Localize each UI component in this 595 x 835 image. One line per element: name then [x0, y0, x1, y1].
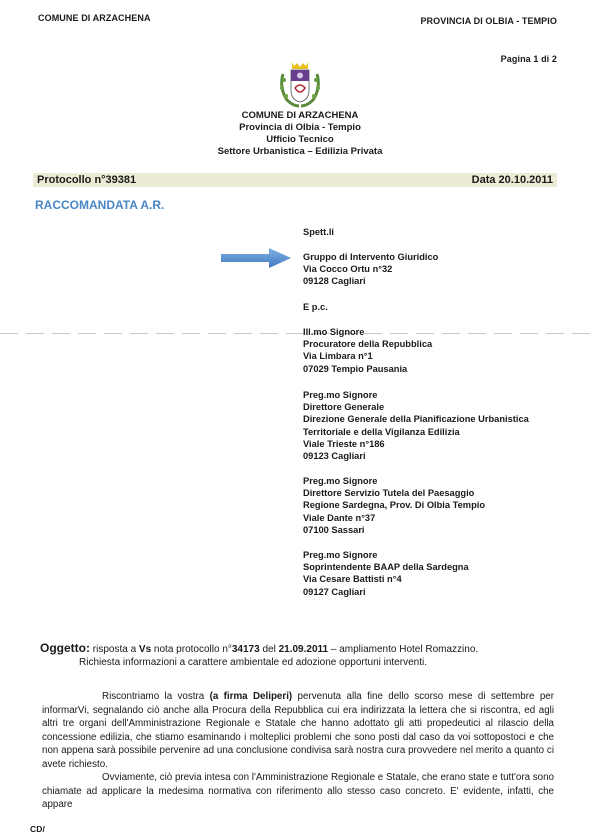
address-line: 09127 Cagliari: [303, 586, 469, 598]
address-line: Via Cesare Battisti n°4: [303, 573, 469, 585]
address-line: Direttore Generale: [303, 401, 529, 413]
address-line: 09123 Cagliari: [303, 450, 529, 462]
address-line: Direzione Generale della Pianificazione …: [303, 413, 529, 425]
address-line: 09128 Cagliari: [303, 275, 438, 287]
subject-text: nota protocollo n°: [151, 644, 232, 655]
address-line: 07029 Tempio Pausania: [303, 363, 432, 375]
body-text: Ovviamente, ciò previa intesa con l'Ammi…: [42, 772, 554, 810]
subject-line2: Richiesta informazioni a carattere ambie…: [40, 656, 560, 669]
footer-initials: CD/: [30, 824, 45, 834]
address-line: Preg.mo Signore: [303, 389, 529, 401]
address-line: Gruppo di Intervento Giuridico: [303, 251, 438, 263]
cc-label: E p.c.: [303, 301, 328, 313]
fold-line: [0, 333, 595, 334]
protocol-date: Data 20.10.2011: [472, 174, 553, 186]
address-line: Ill.mo Signore: [303, 326, 432, 338]
salutation: Spett.li: [303, 226, 334, 238]
address-line: Procuratore della Repubblica: [303, 338, 432, 350]
header-province: PROVINCIA DI OLBIA - TEMPIO: [420, 16, 557, 26]
address-line: Preg.mo Signore: [303, 549, 469, 561]
address-line: Viale Dante n°37: [303, 512, 485, 524]
body-paragraph-1: Riscontriamo la vostra (a firma Deliperi…: [42, 690, 554, 772]
primary-recipient: Gruppo di Intervento Giuridico Via Cocco…: [303, 251, 438, 288]
subject-text: risposta a: [93, 644, 139, 655]
body-paragraph-2: Ovviamente, ciò previa intesa con l'Ammi…: [42, 771, 554, 812]
protocol-bar: Protocollo n°39381 Data 20.10.2011: [33, 173, 557, 187]
cc-recipient: Ill.mo Signore Procuratore della Repubbl…: [303, 326, 432, 375]
address-line: Via Limbara n°1: [303, 350, 432, 362]
cc-recipient: Preg.mo Signore Soprintendente BAAP dell…: [303, 549, 469, 598]
address-line: 07100 Sassari: [303, 524, 485, 536]
subject-text: Vs: [139, 644, 151, 655]
address-line: Soprintendente BAAP della Sardegna: [303, 561, 469, 573]
subject-protocol: 34173: [232, 644, 260, 655]
header-municipality: COMUNE DI ARZACHENA: [38, 13, 151, 23]
office-block: COMUNE DI ARZACHENA Provincia di Olbia -…: [150, 110, 450, 158]
arrow-right-icon: [221, 248, 291, 268]
subject-label: Oggetto:: [40, 641, 90, 655]
body-text-bold: (a firma Deliperi): [210, 691, 293, 702]
delivery-method: RACCOMANDATA A.R.: [35, 198, 164, 212]
address-line: Territoriale e della Vigilanza Edilizia: [303, 426, 529, 438]
cc-recipient: Preg.mo Signore Direttore Servizio Tutel…: [303, 475, 485, 536]
office-line: COMUNE DI ARZACHENA: [150, 110, 450, 122]
address-line: Direttore Servizio Tutela del Paesaggio: [303, 487, 485, 499]
office-line: Settore Urbanistica – Edilizia Privata: [150, 146, 450, 158]
address-line: Regione Sardegna, Prov. Di Olbia Tempio: [303, 499, 485, 511]
subject-date: 21.09.2011: [279, 644, 329, 655]
coat-of-arms-icon: [275, 60, 325, 110]
address-line: Preg.mo Signore: [303, 475, 485, 487]
office-line: Ufficio Tecnico: [150, 134, 450, 146]
body-text: Riscontriamo la vostra: [102, 691, 210, 702]
subject: Oggetto: risposta a Vs nota protocollo n…: [40, 642, 560, 669]
cc-recipient: Preg.mo Signore Direttore Generale Direz…: [303, 389, 529, 462]
protocol-number: Protocollo n°39381: [37, 174, 136, 186]
page-indicator: Pagina 1 di 2: [501, 54, 557, 64]
address-line: Via Cocco Ortu n°32: [303, 263, 438, 275]
subject-text: – ampliamento Hotel Romazzino.: [328, 644, 478, 655]
address-line: Viale Trieste n°186: [303, 438, 529, 450]
office-line: Provincia di Olbia - Tempio: [150, 122, 450, 134]
body-text: pervenuta alla fine dello scorso mese di…: [42, 691, 554, 770]
subject-text: del: [260, 644, 279, 655]
